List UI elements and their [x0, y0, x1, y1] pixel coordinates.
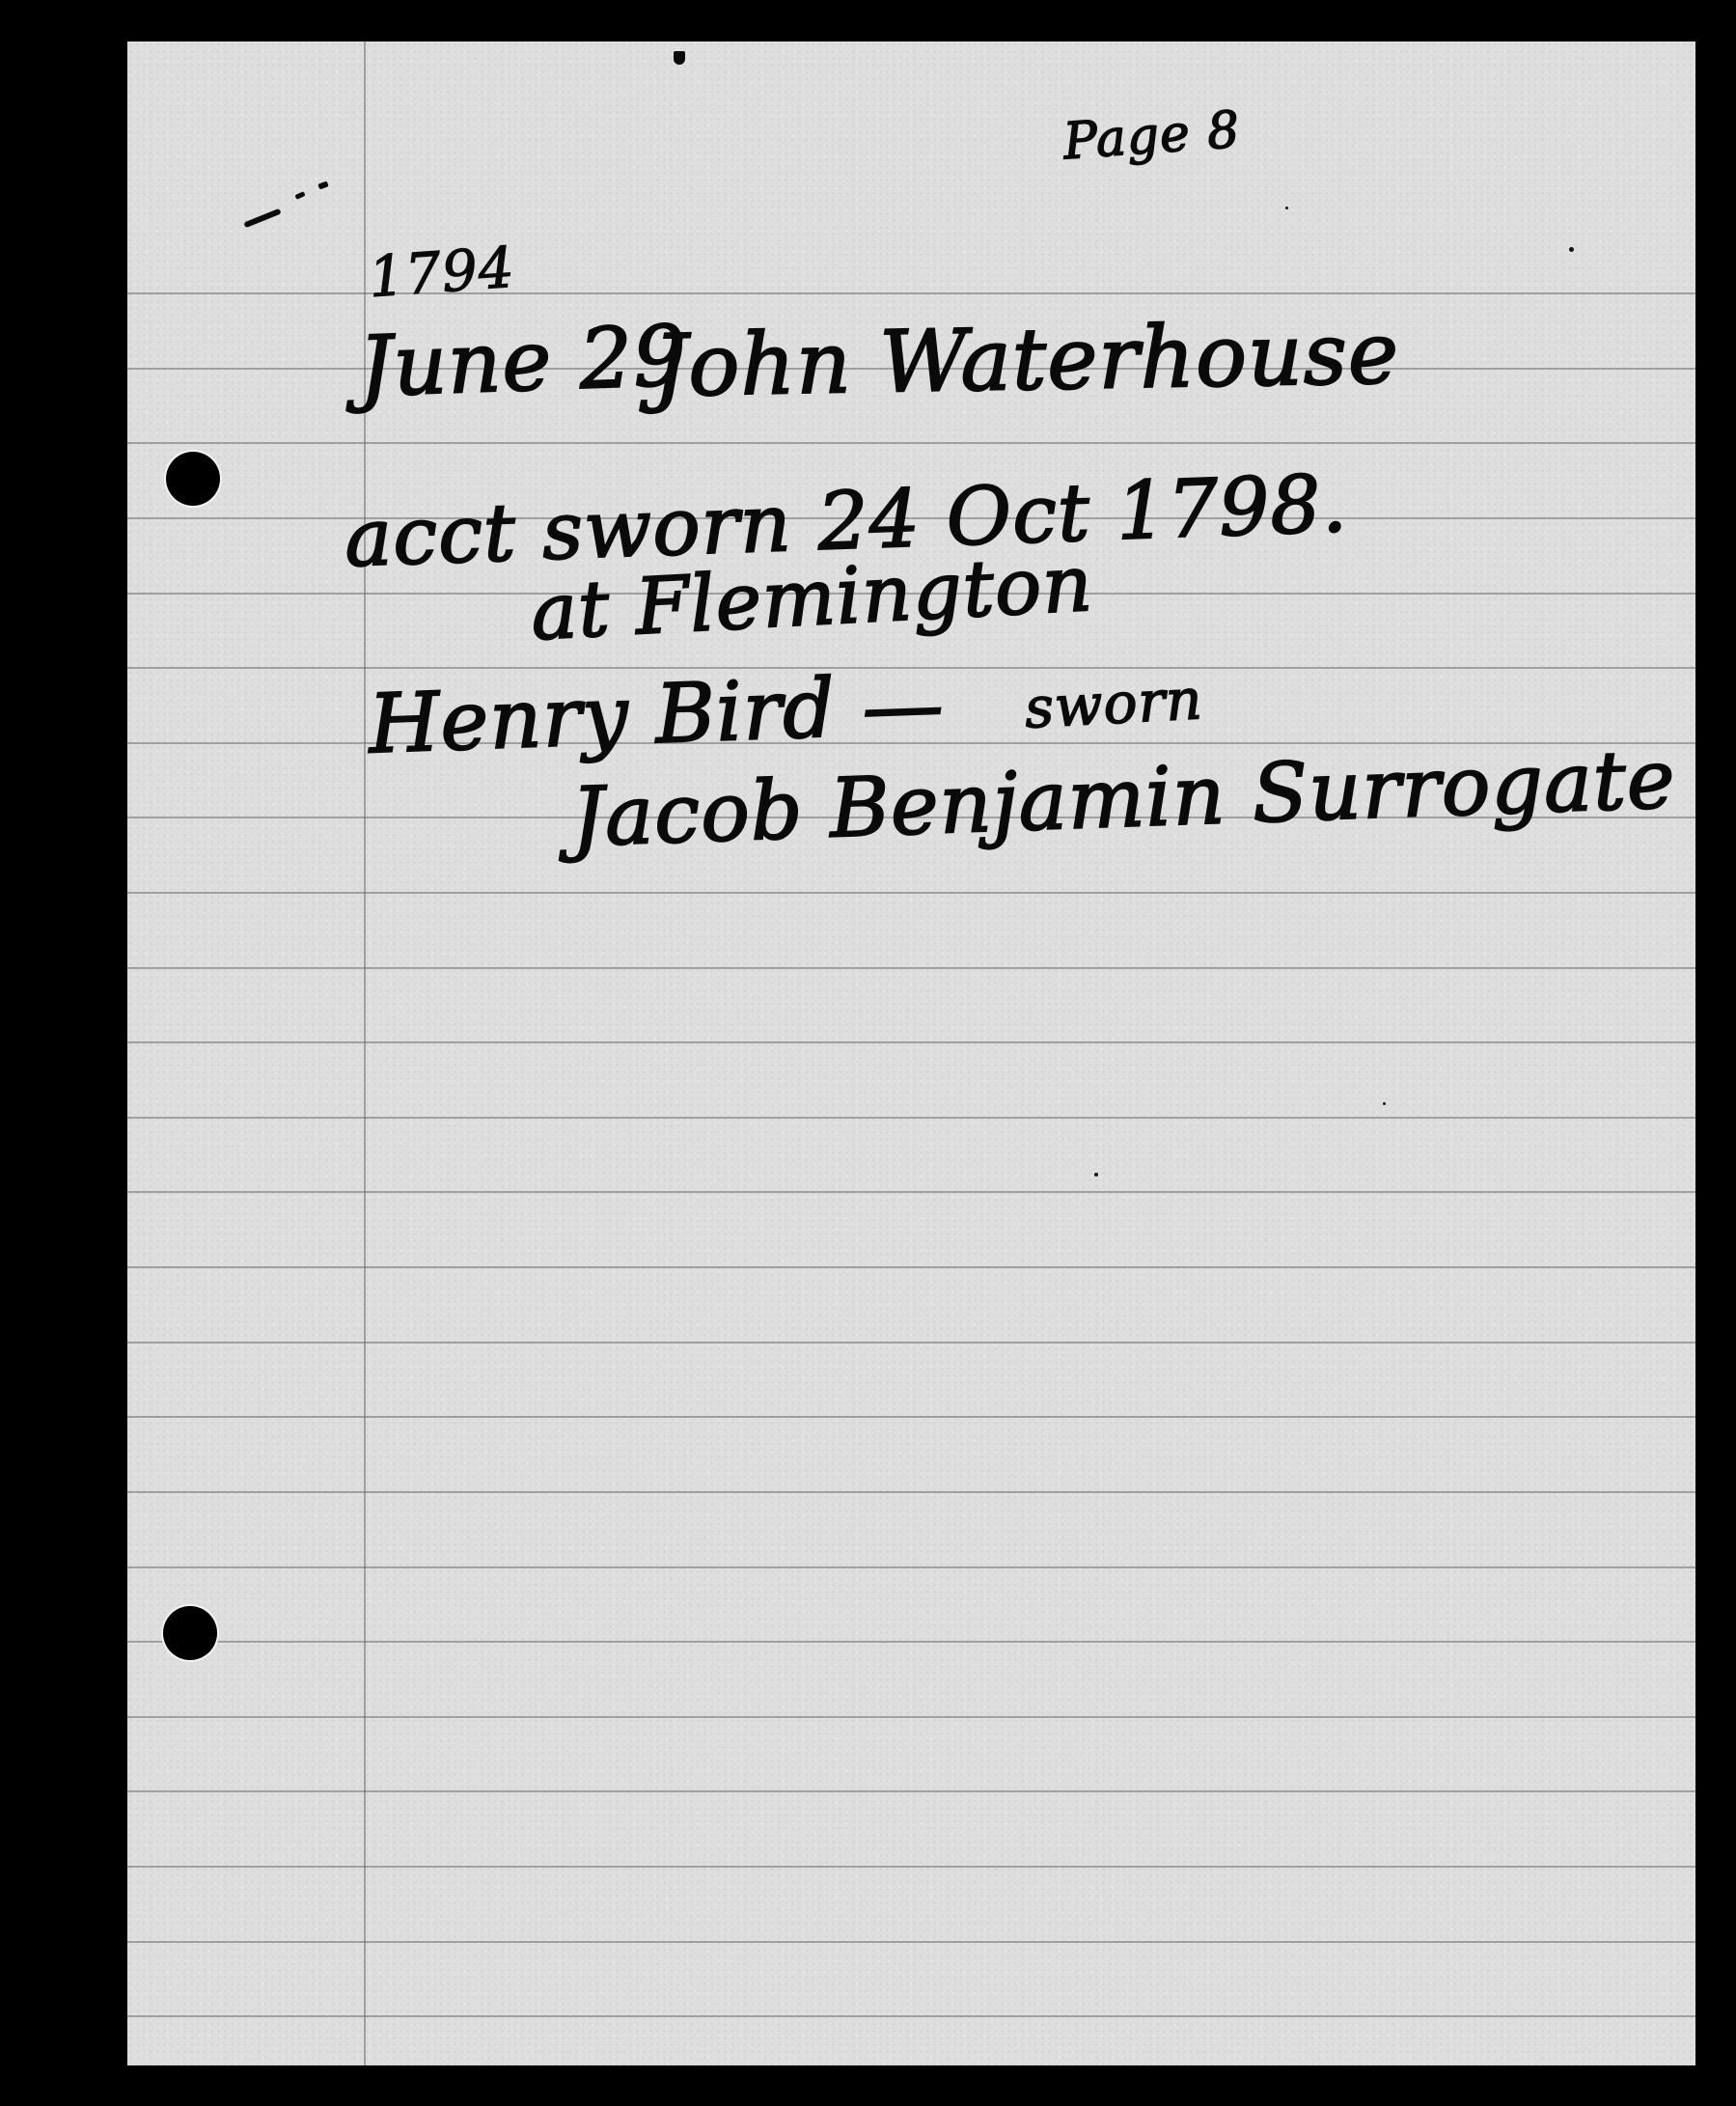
paper-sheet: Page 8 1794 June 29 John Waterhouse acct…: [127, 42, 1695, 2065]
ruled-line: [127, 1041, 1695, 1043]
ruled-line: [127, 1866, 1695, 1868]
ruled-line: [127, 1266, 1695, 1268]
ink-speck: [1383, 1102, 1386, 1105]
ruled-line: [127, 1941, 1695, 1943]
entry-name: John Waterhouse: [652, 303, 1400, 415]
ink-speck: [1285, 207, 1288, 209]
stray-ink-mark: [317, 180, 328, 189]
ink-speck: [1569, 247, 1574, 252]
witness-sworn: sworn: [1023, 666, 1204, 741]
witness-name: Henry Bird —: [367, 657, 946, 772]
year-heading: 1794: [367, 235, 517, 310]
stray-ink-mark: [294, 191, 305, 200]
ruled-line: [127, 1191, 1695, 1193]
ruled-line: [127, 442, 1695, 444]
binder-hole-bottom: [163, 1606, 217, 1660]
stray-ink-mark: [243, 208, 281, 229]
binder-hole-top: [166, 452, 220, 506]
ruled-line: [127, 1790, 1695, 1792]
ruled-line: [127, 2015, 1695, 2017]
ruled-line: [127, 892, 1695, 894]
ruled-line: [127, 1641, 1695, 1643]
ruled-line: [127, 1342, 1695, 1344]
ink-speck: [1094, 1173, 1098, 1177]
entry-date: June 29: [357, 308, 688, 416]
ruled-line: [127, 1716, 1695, 1718]
ruled-line: [127, 1566, 1695, 1568]
ruled-line: [127, 1491, 1695, 1493]
ruled-line: [127, 292, 1695, 294]
ruled-line: [127, 1416, 1695, 1418]
page-number: Page 8: [1061, 101, 1242, 172]
top-edge-nick: [674, 51, 685, 65]
ruled-line: [127, 967, 1695, 969]
ruled-line: [127, 1117, 1695, 1119]
